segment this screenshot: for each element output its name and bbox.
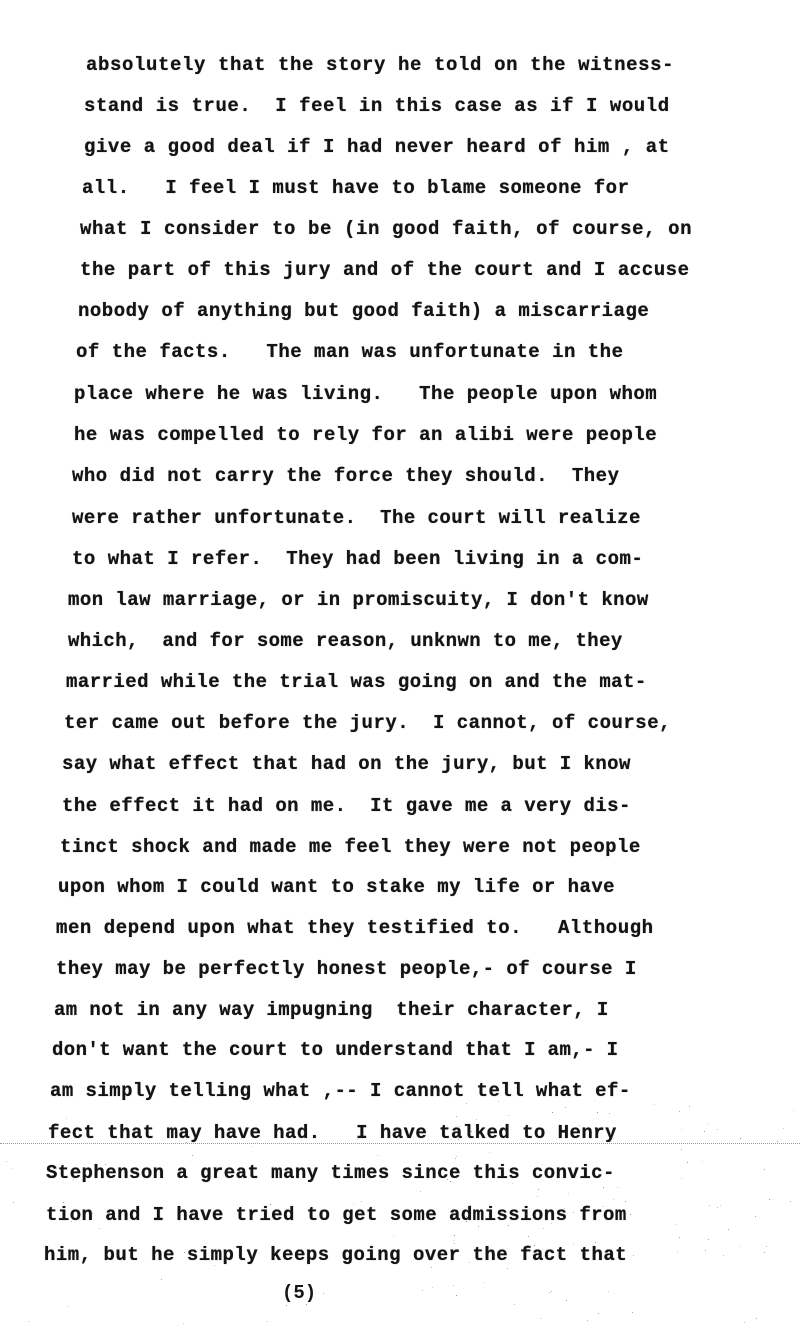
speckle: [470, 1205, 471, 1206]
speckle: [755, 1216, 756, 1217]
speckle: [456, 1116, 457, 1117]
speckle: [507, 1268, 508, 1269]
speckle: [681, 1129, 682, 1130]
speckle: [456, 1156, 457, 1157]
speckle: [105, 1164, 106, 1165]
text-line: of the facts. The man was unfortunate in…: [76, 341, 624, 363]
text-line: to what I refer. They had been living in…: [72, 548, 643, 570]
speckle: [717, 1129, 718, 1130]
text-line: am not in any way impugning their charac…: [54, 999, 609, 1021]
speckle: [186, 1142, 187, 1143]
text-line: tion and I have tried to get some admiss…: [46, 1204, 627, 1226]
speckle: [447, 1179, 448, 1180]
speckle: [566, 1300, 567, 1301]
speckle: [455, 1158, 456, 1159]
speckle: [63, 1202, 64, 1203]
speckle: [368, 1172, 369, 1173]
speckle: [526, 1214, 527, 1215]
speckle: [709, 1205, 710, 1206]
speckle: [777, 1141, 778, 1142]
speckle: [451, 1139, 452, 1140]
speckle: [613, 1199, 614, 1200]
speckle: [73, 1179, 74, 1180]
text-line: men depend upon what they testified to. …: [56, 917, 654, 939]
speckle: [508, 1225, 509, 1226]
speckle: [483, 1282, 484, 1283]
speckle: [565, 1107, 566, 1108]
speckle: [744, 1322, 745, 1323]
speckle: [717, 1207, 718, 1208]
speckle: [361, 1201, 362, 1202]
speckle: [591, 1131, 592, 1132]
text-line: tinct shock and made me feel they were n…: [60, 836, 641, 858]
speckle: [609, 1251, 610, 1252]
text-line: say what effect that had on the jury, bu…: [62, 753, 631, 775]
speckle: [689, 1106, 690, 1107]
speckle: [552, 1112, 553, 1113]
speckle: [498, 1101, 499, 1102]
speckle: [705, 1250, 706, 1251]
speckle: [534, 1245, 535, 1246]
speckle: [63, 1175, 64, 1176]
speckle: [769, 1199, 770, 1200]
speckle: [443, 1176, 444, 1177]
speckle: [183, 1323, 184, 1324]
speckle: [514, 1304, 515, 1305]
speckle: [549, 1292, 550, 1293]
speckle: [466, 1103, 467, 1104]
text-line: all. I feel I must have to blame someone…: [82, 177, 630, 199]
speckle: [286, 1305, 287, 1306]
speckle: [450, 1181, 451, 1182]
text-line: who did not carry the force they should.…: [72, 465, 620, 487]
speckle: [594, 1100, 595, 1101]
speckle: [528, 1236, 529, 1237]
speckle: [184, 1252, 185, 1253]
document-page: absolutely that the story he told on the…: [0, 0, 800, 1330]
speckle: [466, 1216, 467, 1217]
speckle: [99, 1228, 100, 1229]
speckle: [573, 1212, 574, 1213]
text-line: stand is true. I feel in this case as if…: [84, 95, 670, 117]
speckle: [720, 1205, 721, 1206]
speckle: [161, 1279, 162, 1280]
speckle: [427, 1251, 428, 1252]
scan-artifact-dotted-line: [0, 1143, 800, 1144]
speckle: [542, 1164, 543, 1165]
speckle: [783, 1128, 784, 1129]
speckle: [740, 1246, 741, 1247]
speckle: [469, 1262, 470, 1263]
speckle: [708, 1124, 709, 1125]
speckle: [609, 1113, 610, 1114]
speckle: [790, 1201, 791, 1202]
text-line: which, and for some reason, unknwn to me…: [68, 630, 623, 652]
speckle: [423, 1210, 424, 1211]
speckle: [537, 1196, 538, 1197]
text-line: don't want the court to understand that …: [52, 1039, 619, 1061]
speckle: [598, 1313, 599, 1314]
speckle: [453, 1240, 454, 1241]
speckle: [431, 1143, 432, 1144]
speckle: [603, 1206, 604, 1207]
speckle: [454, 1243, 455, 1244]
speckle: [471, 1131, 472, 1132]
text-line: place where he was living. The people up…: [74, 383, 657, 405]
speckle: [478, 1226, 479, 1227]
speckle: [459, 1126, 460, 1127]
speckle: [756, 1318, 757, 1319]
speckle: [633, 1255, 634, 1256]
speckle: [13, 1202, 14, 1203]
text-line: am simply telling what ,-- I cannot tell…: [50, 1080, 631, 1102]
text-line: Stephenson a great many times since this…: [46, 1162, 615, 1184]
speckle: [568, 1193, 569, 1194]
text-line: fect that may have had. I have talked to…: [48, 1122, 617, 1144]
text-line: him, but he simply keeps going over the …: [44, 1244, 627, 1266]
speckle: [538, 1189, 539, 1190]
speckle: [479, 1170, 480, 1171]
speckle: [11, 1168, 12, 1169]
speckle: [551, 1223, 552, 1224]
speckle: [728, 1229, 729, 1230]
text-line: nobody of anything but good faith) a mis…: [78, 300, 649, 322]
text-line: the effect it had on me. It gave me a ve…: [62, 795, 631, 817]
text-line: he was compelled to rely for an alibi we…: [74, 424, 657, 446]
speckle: [267, 1321, 268, 1322]
text-line: were rather unfortunate. The court will …: [72, 507, 641, 529]
speckle: [702, 1161, 703, 1162]
speckle: [92, 1213, 93, 1214]
speckle: [431, 1267, 432, 1268]
text-line: absolutely that the story he told on the…: [86, 54, 674, 76]
speckle: [192, 1155, 193, 1156]
speckle: [456, 1295, 457, 1296]
speckle: [625, 1201, 626, 1202]
text-line: upon whom I could want to stake my life …: [58, 876, 615, 898]
speckle: [214, 1265, 215, 1266]
speckle: [306, 1304, 307, 1305]
speckle: [466, 1221, 467, 1222]
speckle: [357, 1139, 358, 1140]
speckle: [764, 1252, 765, 1253]
speckle: [681, 1178, 682, 1179]
speckle: [764, 1169, 765, 1170]
speckle: [740, 1138, 741, 1139]
speckle: [489, 1152, 490, 1153]
speckle: [573, 1244, 574, 1245]
speckle: [353, 1203, 354, 1204]
speckle: [708, 1239, 709, 1240]
speckle: [603, 1187, 604, 1188]
speckle: [377, 1155, 378, 1156]
speckle: [420, 1191, 421, 1192]
speckle: [68, 1306, 69, 1307]
speckle: [543, 1228, 544, 1229]
speckle: [508, 1115, 509, 1116]
speckle: [632, 1312, 633, 1313]
speckle: [681, 1149, 682, 1150]
speckle: [252, 1146, 253, 1147]
speckle: [66, 1118, 67, 1119]
speckle: [608, 1291, 609, 1292]
speckle: [704, 1131, 705, 1132]
speckle: [679, 1111, 680, 1112]
text-line: they may be perfectly honest people,- of…: [56, 958, 637, 980]
speckle: [71, 1221, 72, 1222]
speckle: [393, 1235, 394, 1236]
speckle: [723, 1255, 724, 1256]
speckle: [675, 1224, 676, 1225]
speckle: [432, 1287, 433, 1288]
speckle: [323, 1293, 324, 1294]
speckle: [476, 1119, 477, 1120]
speckle: [597, 1112, 598, 1113]
speckle: [630, 1214, 631, 1215]
text-line: the part of this jury and of the court a…: [80, 259, 690, 281]
text-line: what I consider to be (in good faith, of…: [80, 218, 692, 240]
speckle: [677, 1252, 678, 1253]
speckle: [766, 1246, 767, 1247]
text-line: ter came out before the jury. I cannot, …: [64, 712, 671, 734]
speckle: [595, 1242, 596, 1243]
speckle: [454, 1235, 455, 1236]
speckle: [28, 1321, 29, 1322]
speckle: [587, 1320, 588, 1321]
speckle: [458, 1139, 459, 1140]
speckle: [512, 1183, 513, 1184]
speckle: [270, 1204, 271, 1205]
speckle: [654, 1104, 655, 1105]
page-number: (5): [282, 1282, 316, 1304]
speckle: [422, 1290, 423, 1291]
speckle: [453, 1285, 454, 1286]
speckle: [525, 1134, 526, 1135]
speckle: [617, 1187, 618, 1188]
speckle: [687, 1162, 688, 1163]
speckle: [579, 1125, 580, 1126]
speckle: [540, 1318, 541, 1319]
text-line: married while the trial was going on and…: [66, 671, 647, 693]
speckle: [6, 1161, 7, 1162]
speckle: [551, 1291, 552, 1292]
text-line: mon law marriage, or in promiscuity, I d…: [68, 589, 649, 611]
speckle: [793, 1110, 794, 1111]
speckle: [679, 1237, 680, 1238]
text-line: give a good deal if I had never heard of…: [84, 136, 670, 158]
speckle: [564, 1208, 565, 1209]
